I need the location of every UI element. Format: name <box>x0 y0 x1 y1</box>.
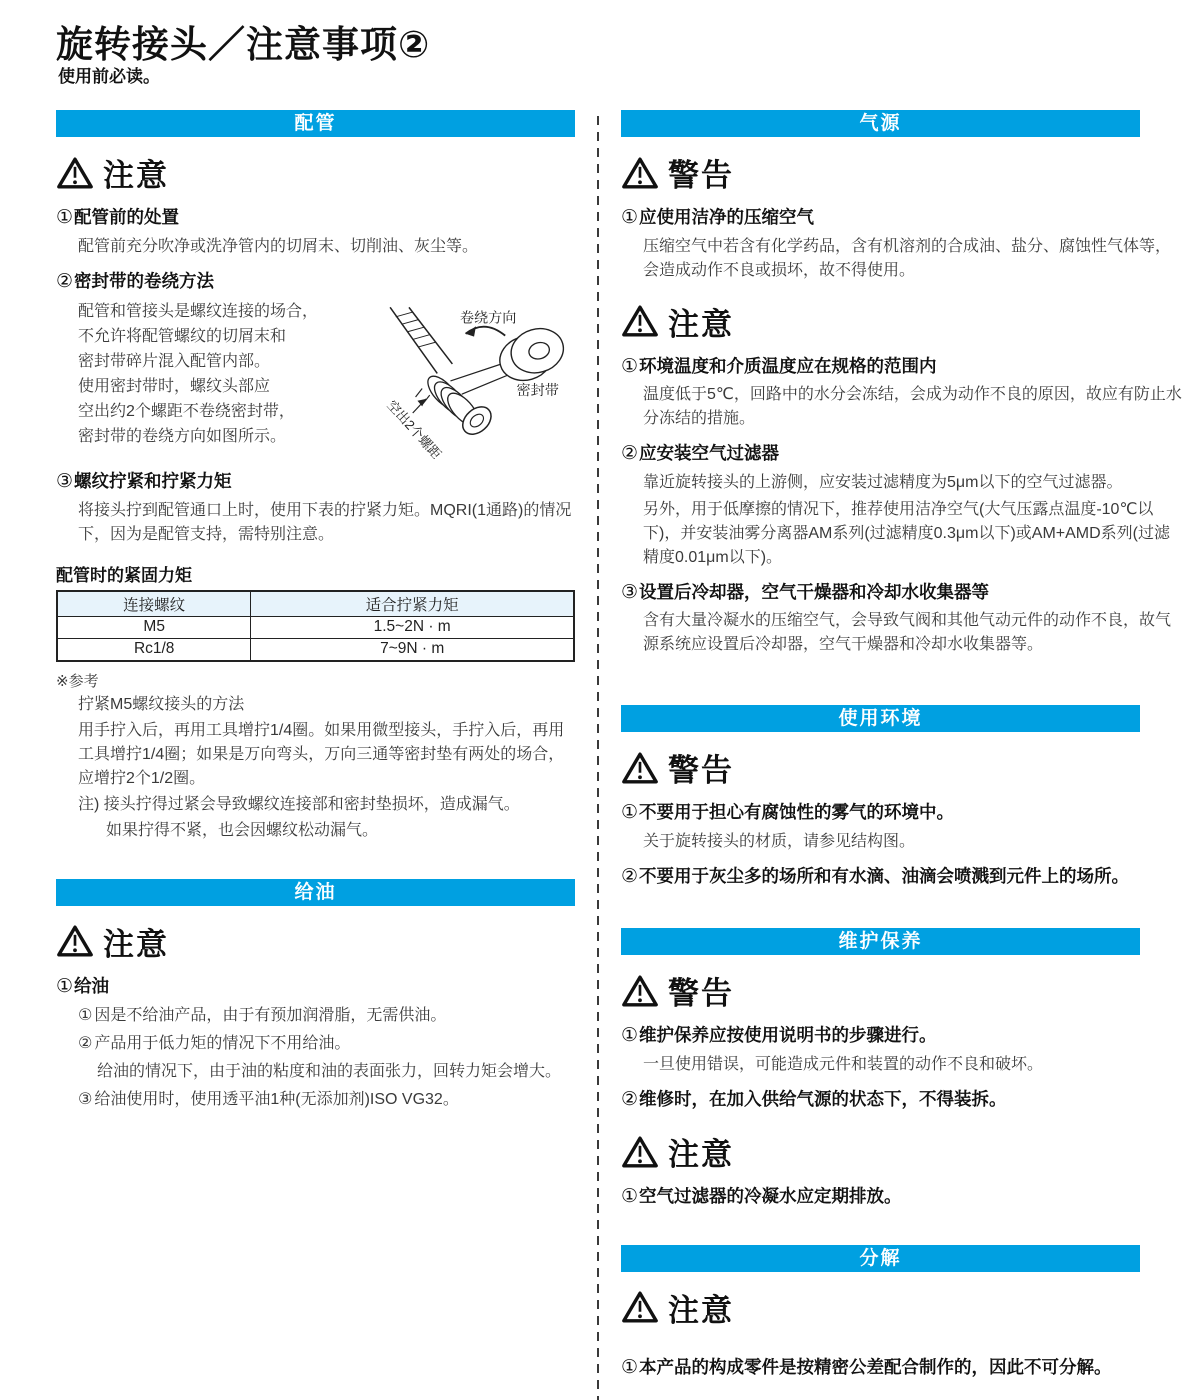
item-number: ① <box>621 1357 638 1378</box>
section-bar-air-supply: 气源 <box>621 110 1140 137</box>
table-header-cell: 适合拧紧力矩 <box>251 591 574 617</box>
reference-title: 拧紧M5螺纹接头的方法 <box>78 693 575 717</box>
item-number: ② <box>621 866 638 887</box>
item-title: 设置后冷却器，空气干燥器和冷却水收集器等 <box>639 582 989 602</box>
body-line: 使用密封带时，螺纹头部应 <box>78 374 375 399</box>
body-line: 密封带碎片混入配管内部。 <box>78 349 375 374</box>
section-bar-piping: 配管 <box>56 110 575 137</box>
warning-heading: 警告 <box>621 968 1184 1013</box>
item-number: ① <box>56 976 73 997</box>
body-line: 空出约2个螺距不卷绕密封带， <box>78 399 375 424</box>
list-number: ③ <box>78 1088 92 1112</box>
item-heading: ①空气过滤器的冷凝水应定期排放。 <box>621 1183 1184 1211</box>
warning-heading: 警告 <box>621 745 1184 790</box>
caution-heading: 注意 <box>621 1129 1184 1174</box>
item-heading: ①应使用洁净的压缩空气 <box>621 204 1184 232</box>
torque-table: 连接螺纹 适合拧紧力矩 M5 1.5~2N · m Rc1/8 7~9N · m <box>56 590 575 662</box>
warning-label: 警告 <box>668 745 734 790</box>
item-title: 应使用洁净的压缩空气 <box>639 207 814 227</box>
body-line: 密封带的卷绕方向如图所示。 <box>78 424 375 449</box>
section-bar-maintenance: 维护保养 <box>621 928 1140 955</box>
list-text: 因是不给油产品，由于有预加润滑脂，无需供油。 <box>94 1004 446 1028</box>
figure-label-wind-direction: 卷绕方向 <box>460 310 517 326</box>
warning-triangle-icon <box>621 156 659 190</box>
list-text: 给油使用时，使用透平油1种(无添加剂)ISO VG32。 <box>94 1088 458 1112</box>
warning-triangle-icon <box>621 304 659 338</box>
warning-heading: 警告 <box>621 150 1184 195</box>
item-heading: ①环境温度和介质温度应在规格的范围内 <box>621 353 1184 381</box>
caution-heading: 注意 <box>621 299 1184 344</box>
item-number: ③ <box>56 471 73 492</box>
item-heading: ②维修时，在加入供给气源的状态下，不得装拆。 <box>621 1086 1184 1114</box>
section-bar-lubrication: 给油 <box>56 879 575 906</box>
reference-body: 用手拧入后，再用工具增拧1/4圈。如果用微型接头，手拧入后，再用工具增拧1/4圈… <box>78 719 575 791</box>
section-bar-disassembly: 分解 <box>621 1245 1140 1272</box>
item-heading: ③设置后冷却器，空气干燥器和冷却水收集器等 <box>621 579 1184 607</box>
warning-triangle-icon <box>621 974 659 1008</box>
column-divider <box>597 116 599 1400</box>
page-title: 旋转接头／注意事项② <box>56 14 430 68</box>
item-number: ② <box>621 443 638 464</box>
item-title: 密封带的卷绕方法 <box>74 271 214 291</box>
item-title: 应安装空气过滤器 <box>639 443 779 463</box>
item-body: 配管前充分吹净或洗净管内的切屑末、切削油、灰尘等。 <box>78 235 575 259</box>
item-number: ① <box>621 802 638 823</box>
item-number: ① <box>56 207 73 228</box>
table-row: Rc1/8 7~9N · m <box>57 638 574 661</box>
item-heading: ②密封带的卷绕方法 <box>56 268 575 296</box>
item-body: 另外，用于低摩擦的情况下，推荐使用洁净空气(大气压露点温度-10℃以下)，并安装… <box>643 498 1184 570</box>
item-heading: ③螺纹拧紧和拧紧力矩 <box>56 468 575 496</box>
item-title: 维修时，在加入供给气源的状态下，不得装拆。 <box>639 1089 1007 1109</box>
caution-label: 注意 <box>668 299 734 344</box>
list-number: ① <box>78 1004 92 1028</box>
reference-mark: ※参考 <box>56 670 575 691</box>
figure-label-seal-tape: 密封带 <box>517 382 559 398</box>
reference-note: 注) 接头拧得过紧会导致螺纹连接部和密封垫损坏，造成漏气。 <box>78 793 575 817</box>
item-title: 不要用于担心有腐蚀性的雾气的环境中。 <box>639 802 954 822</box>
list-item: ③给油使用时，使用透平油1种(无添加剂)ISO VG32。 <box>78 1088 575 1112</box>
table-cell: Rc1/8 <box>57 638 251 661</box>
item-heading: ②应安装空气过滤器 <box>621 440 1184 468</box>
item-title: 维护保养应按使用说明书的步骤进行。 <box>639 1025 937 1045</box>
item-title: 本产品的构成零件是按精密公差配合制作的，因此不可分解。 <box>639 1357 1112 1377</box>
body-line: 不允许将配管螺纹的切屑末和 <box>78 324 375 349</box>
table-row: M5 1.5~2N · m <box>57 616 574 638</box>
table-cell: 7~9N · m <box>251 638 574 661</box>
item-title: 螺纹拧紧和拧紧力矩 <box>74 471 232 491</box>
item-number: ① <box>621 207 638 228</box>
section-bar-environment: 使用环境 <box>621 705 1140 732</box>
warning-triangle-icon <box>621 751 659 785</box>
list-item: ①因是不给油产品，由于有预加润滑脂，无需供油。 <box>78 1004 575 1028</box>
warning-label: 警告 <box>668 968 734 1013</box>
item-number: ① <box>621 1025 638 1046</box>
item-body: 压缩空气中若含有化学药品，含有机溶剂的合成油、盐分、腐蚀性气体等，会造成动作不良… <box>643 235 1184 283</box>
item-title: 环境温度和介质温度应在规格的范围内 <box>639 356 937 376</box>
right-column: 气源 警告 ①应使用洁净的压缩空气 压缩空气中若含有化学药品，含有机溶剂的合成油… <box>621 110 1184 1381</box>
caution-label: 注意 <box>668 1129 734 1174</box>
table-cell: M5 <box>57 616 251 638</box>
item-heading: ①给油 <box>56 973 575 1001</box>
item-body: 含有大量冷凝水的压缩空气，会导致气阀和其他气动元件的动作不良，故气源系统应设置后… <box>643 609 1184 657</box>
figure-label-leave-pitch: 空出2个螺距 <box>384 397 445 459</box>
item-body: 靠近旋转接头的上游侧，应安装过滤精度为5μm以下的空气过滤器。 <box>643 471 1184 495</box>
list-text: 给油的情况下，由于油的粘度和油的表面张力，回转力矩会增大。 <box>97 1060 561 1084</box>
seal-tape-illustration: 卷绕方向 密封带 空出2个螺距 <box>375 301 575 459</box>
warning-triangle-icon <box>56 924 94 958</box>
list-number: ② <box>78 1032 92 1056</box>
torque-table-title: 配管时的紧固力矩 <box>56 561 575 586</box>
item-title: 给油 <box>74 976 109 996</box>
table-header-cell: 连接螺纹 <box>57 591 251 617</box>
caution-label: 注意 <box>103 150 169 195</box>
item-number: ② <box>56 271 73 292</box>
item-body: 一旦使用错误，可能造成元件和装置的动作不良和破坏。 <box>643 1053 1184 1077</box>
table-header-row: 连接螺纹 适合拧紧力矩 <box>57 591 574 617</box>
item-title: 空气过滤器的冷凝水应定期排放。 <box>639 1186 902 1206</box>
item-title: 不要用于灰尘多的场所和有水滴、油滴会喷溅到元件上的场所。 <box>639 866 1129 886</box>
item-heading: ①不要用于担心有腐蚀性的雾气的环境中。 <box>621 799 1184 827</box>
item-heading: ②不要用于灰尘多的场所和有水滴、油滴会喷溅到元件上的场所。 <box>621 863 1184 891</box>
item-heading: ①维护保养应按使用说明书的步骤进行。 <box>621 1022 1184 1050</box>
list-text: 产品用于低力矩的情况下不用给油。 <box>94 1032 350 1056</box>
item-number: ② <box>621 1089 638 1110</box>
list-item-continuation: 给油的情况下，由于油的粘度和油的表面张力，回转力矩会增大。 <box>78 1060 575 1084</box>
reference-note: 如果拧得不紧，也会因螺纹松动漏气。 <box>106 819 575 843</box>
page-subtitle: 使用前必读。 <box>58 62 160 87</box>
item-body: 温度低于5℃，回路中的水分会冻结，会成为动作不良的原因，故应有防止水分冻结的措施… <box>643 383 1184 431</box>
item-body: 将接头拧到配管通口上时，使用下表的拧紧力矩。MQRI(1通路)的情况下，因为是配… <box>78 499 575 547</box>
item-heading: ①配管前的处置 <box>56 204 575 232</box>
table-cell: 1.5~2N · m <box>251 616 574 638</box>
list-item: ②产品用于低力矩的情况下不用给油。 <box>78 1032 575 1056</box>
warning-triangle-icon <box>621 1290 659 1324</box>
caution-label: 注意 <box>668 1285 734 1330</box>
item-heading: ①本产品的构成零件是按精密公差配合制作的，因此不可分解。 <box>621 1354 1184 1382</box>
manual-page: 旋转接头／注意事项② 使用前必读。 配管 注意 ①配管前的处置 配管前充分吹净或… <box>0 0 1200 1400</box>
caution-heading: 注意 <box>56 150 575 195</box>
caution-heading: 注意 <box>621 1285 1184 1330</box>
body-line: 配管和管接头是螺纹连接的场合， <box>78 299 375 324</box>
item-title: 配管前的处置 <box>74 207 179 227</box>
warning-label: 警告 <box>668 150 734 195</box>
warning-triangle-icon <box>621 1135 659 1169</box>
item-number: ① <box>621 1186 638 1207</box>
item-body: 关于旋转接头的材质，请参见结构图。 <box>643 830 1184 854</box>
seal-tape-figure-row: 配管和管接头是螺纹连接的场合， 不允许将配管螺纹的切屑末和 密封带碎片混入配管内… <box>56 299 575 459</box>
caution-heading: 注意 <box>56 919 575 964</box>
left-column: 配管 注意 ①配管前的处置 配管前充分吹净或洗净管内的切屑末、切削油、灰尘等。 … <box>56 110 575 1112</box>
item-number: ① <box>621 356 638 377</box>
warning-triangle-icon <box>56 156 94 190</box>
caution-label: 注意 <box>103 919 169 964</box>
item-body-lines: 配管和管接头是螺纹连接的场合， 不允许将配管螺纹的切屑末和 密封带碎片混入配管内… <box>78 299 375 459</box>
item-number: ③ <box>621 582 638 603</box>
